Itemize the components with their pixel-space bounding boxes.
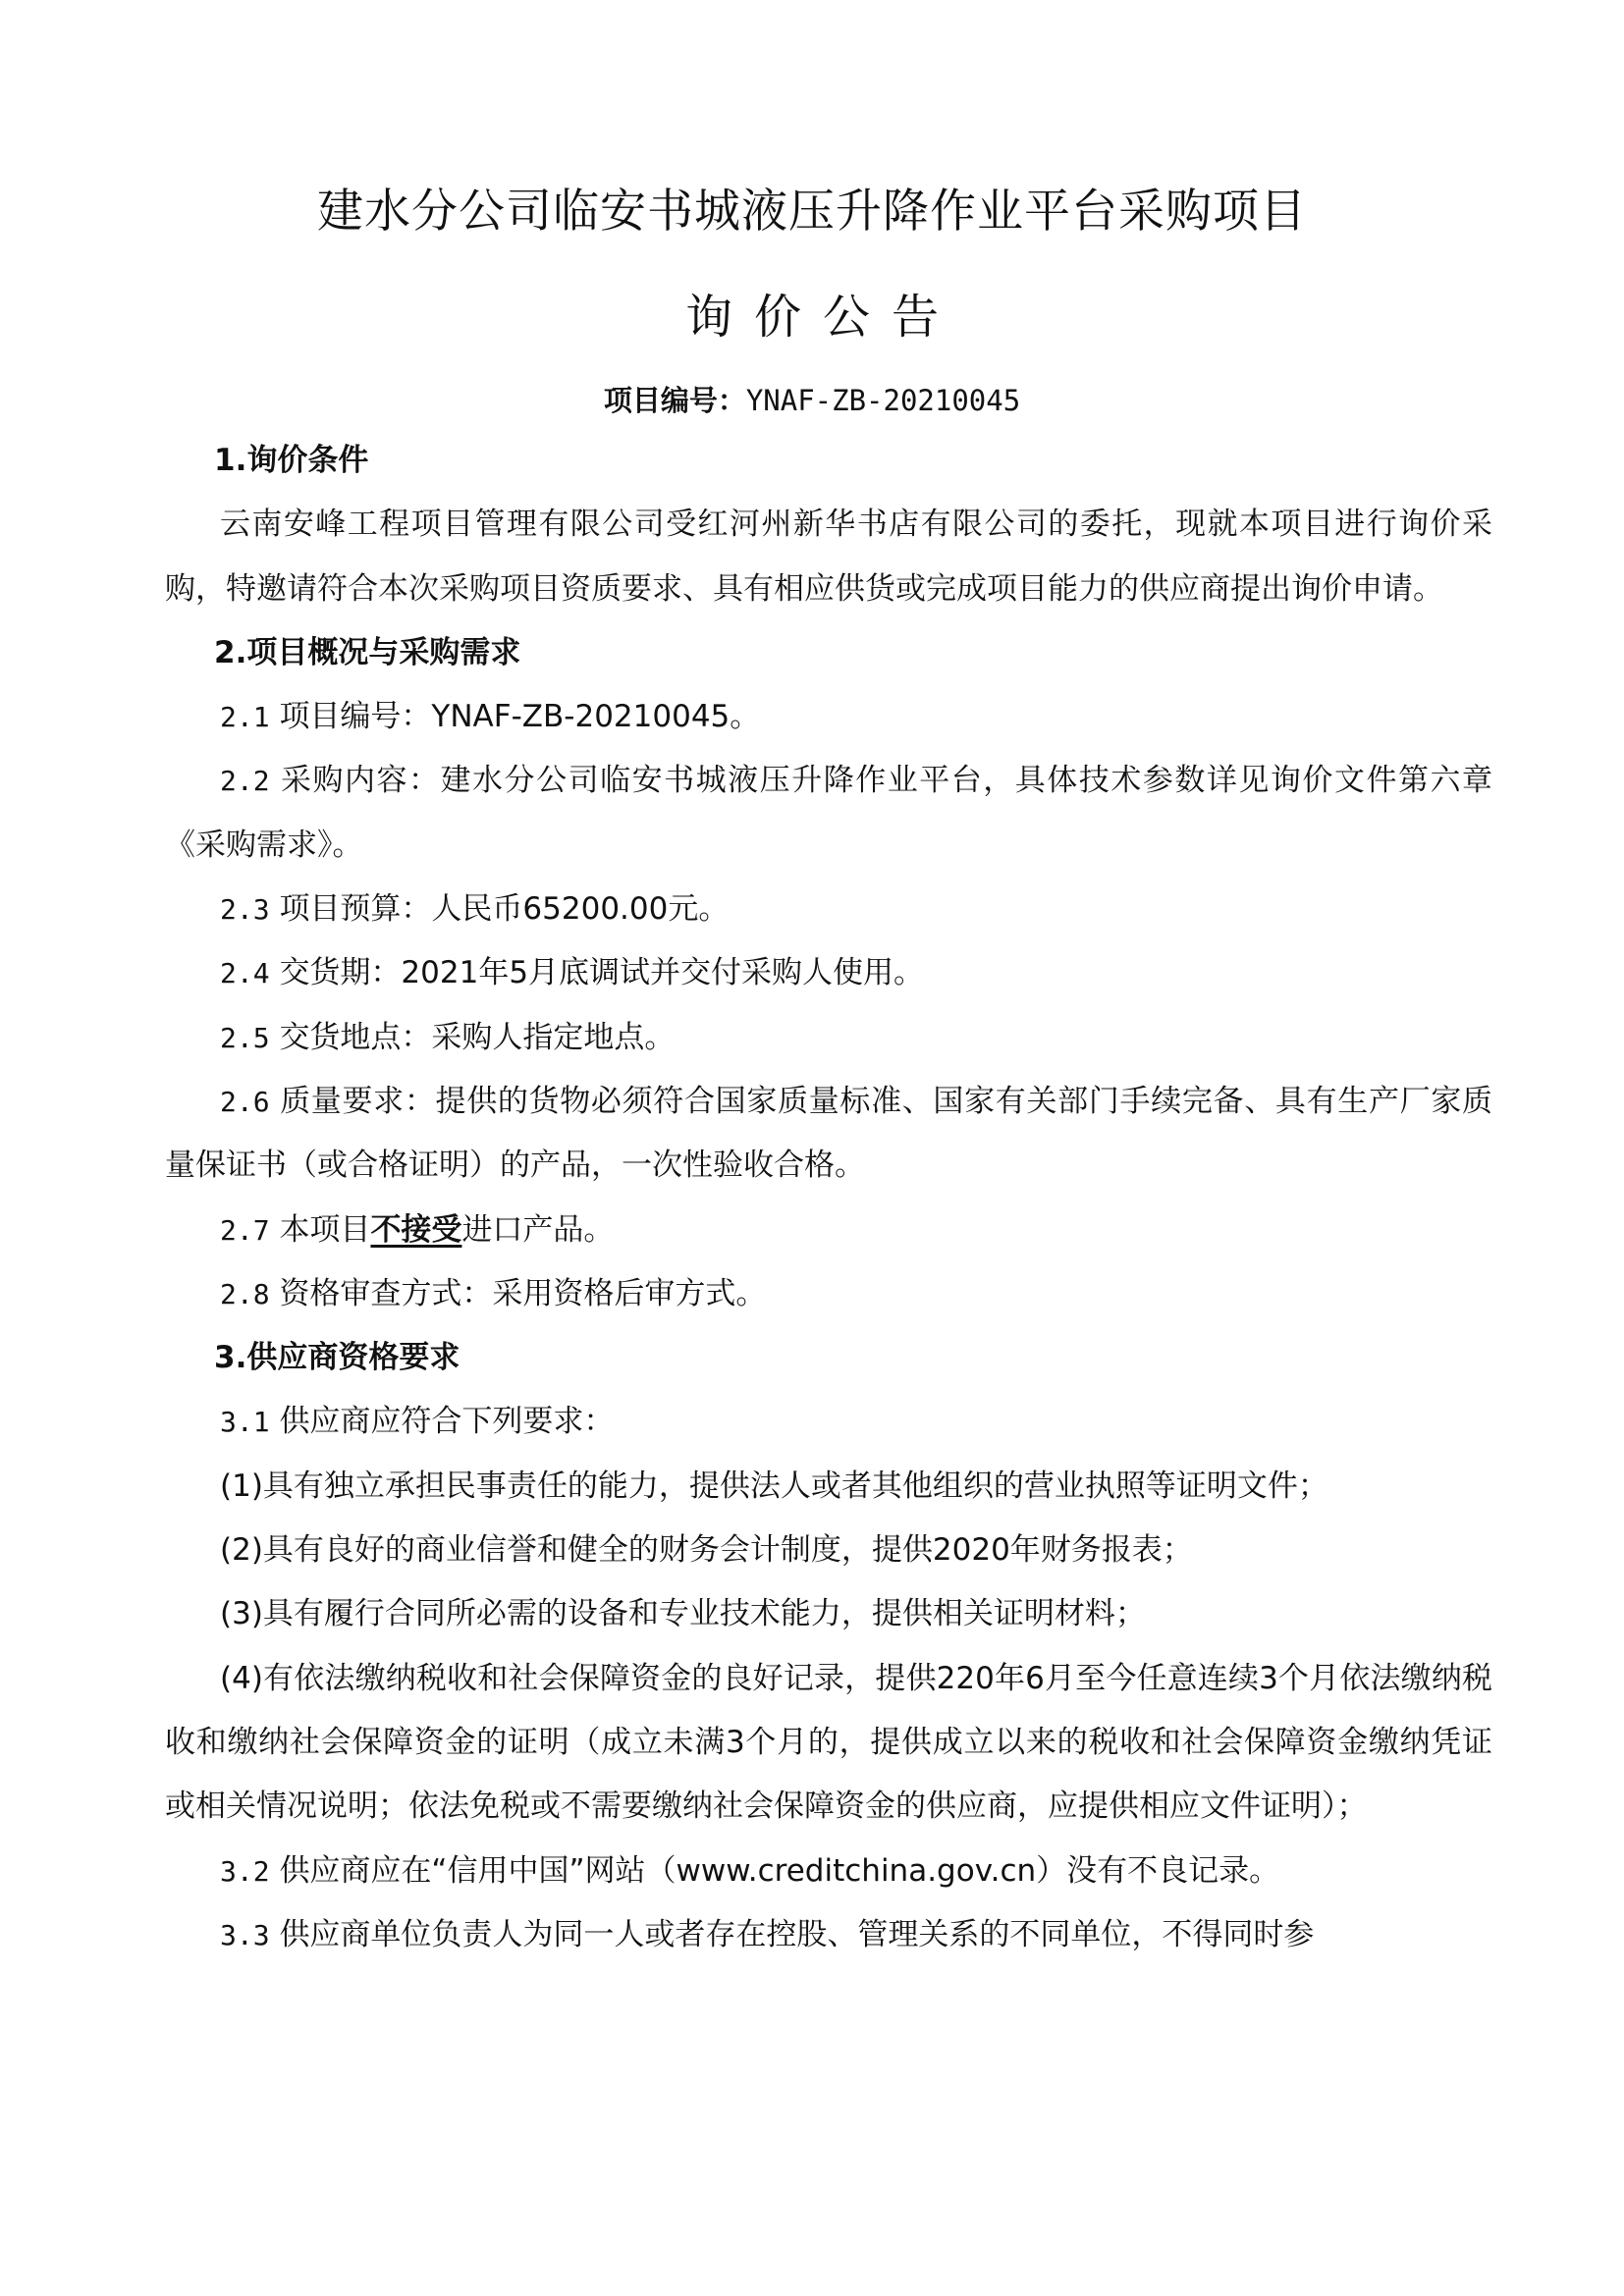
project-number-label: 项目编号： — [604, 384, 746, 417]
section-heading-2: 2.项目概况与采购需求 — [165, 621, 1492, 685]
list-item: (3)具有履行合同所必需的设备和专业技术能力，提供相关证明材料； — [165, 1582, 1492, 1646]
project-number-value: YNAF-ZB-20210045 — [746, 384, 1020, 417]
item-text: 供应商应在“信用中国”网站（www.creditchina.gov.cn）没有不… — [279, 1853, 1279, 1889]
item-number: (2) — [220, 1532, 263, 1568]
item-text: 有依法缴纳税收和社会保障资金的良好记录，提供220年6月至今任意连续3个月依法缴… — [165, 1661, 1492, 1825]
item-number: 2.1 — [220, 701, 270, 733]
item-text: 进口产品。 — [461, 1212, 614, 1248]
paragraph: 云南安峰工程项目管理有限公司受红河州新华书店有限公司的委托，现就本项目进行询价采… — [165, 493, 1492, 621]
item-number: 3.1 — [220, 1406, 270, 1438]
item-text: 交货地点：采购人指定地点。 — [279, 1020, 675, 1055]
item-text: 具有良好的商业信誉和健全的财务会计制度，提供2020年财务报表； — [263, 1532, 1193, 1568]
item-text: 项目预算：人民币65200.00元。 — [279, 891, 729, 927]
list-item: (2)具有良好的商业信誉和健全的财务会计制度，提供2020年财务报表； — [165, 1519, 1492, 1582]
list-item: 3.3 供应商单位负责人为同一人或者存在控股、管理关系的不同单位，不得同时参 — [165, 1903, 1492, 1967]
list-item: (1)具有独立承担民事责任的能力，提供法人或者其他组织的营业执照等证明文件； — [165, 1455, 1492, 1519]
item-number: 3.3 — [220, 1919, 270, 1951]
list-item: 2.6 质量要求：提供的货物必须符合国家质量标准、国家有关部门手续完备、具有生产… — [165, 1070, 1492, 1199]
list-item: 2.7 本项目不接受进口产品。 — [165, 1199, 1492, 1262]
item-text: 供应商应符合下列要求： — [279, 1404, 614, 1439]
document-page: 建水分公司临安书城液压升降作业平台采购项目 询价公告 项目编号：YNAF-ZB-… — [0, 0, 1624, 2296]
list-item: 2.1 项目编号：YNAF-ZB-20210045。 — [165, 685, 1492, 749]
item-text: 本项目 — [279, 1212, 370, 1248]
item-number: 2.4 — [220, 957, 270, 989]
item-number: 2.2 — [220, 765, 270, 797]
list-item: 3.1 供应商应符合下列要求： — [165, 1390, 1492, 1454]
item-number: (3) — [220, 1596, 263, 1631]
item-text: 具有履行合同所必需的设备和专业技术能力，提供相关证明材料； — [263, 1596, 1146, 1631]
item-text: 交货期：2021年5月底调试并交付采购人使用。 — [279, 955, 924, 990]
item-number: 2.8 — [220, 1278, 270, 1310]
item-number: (4) — [220, 1661, 263, 1696]
emphasis-underlined: 不接受 — [370, 1212, 461, 1248]
item-number: 2.6 — [220, 1086, 270, 1118]
list-item: 2.4 交货期：2021年5月底调试并交付采购人使用。 — [165, 941, 1492, 1005]
item-text: 资格审查方式：采用资格后审方式。 — [279, 1276, 766, 1311]
list-item: 3.2 供应商应在“信用中国”网站（www.creditchina.gov.cn… — [165, 1840, 1492, 1903]
list-item: 2.3 项目预算：人民币65200.00元。 — [165, 878, 1492, 941]
document-body: 1.询价条件 云南安峰工程项目管理有限公司受红河州新华书店有限公司的委托，现就本… — [165, 429, 1492, 1967]
project-number: 项目编号：YNAF-ZB-20210045 — [0, 379, 1624, 419]
section-heading-3: 3.供应商资格要求 — [165, 1326, 1492, 1390]
list-item: (4)有依法缴纳税收和社会保障资金的良好记录，提供220年6月至今任意连续3个月… — [165, 1647, 1492, 1840]
item-number: (1) — [220, 1468, 263, 1504]
item-number: 2.7 — [220, 1214, 270, 1247]
item-text: 供应商单位负责人为同一人或者存在控股、管理关系的不同单位，不得同时参 — [279, 1917, 1314, 1952]
document-subtitle: 询价公告 — [0, 279, 1624, 347]
list-item: 2.2 采购内容：建水分公司临安书城液压升降作业平台，具体技术参数详见询价文件第… — [165, 749, 1492, 878]
item-text: 项目编号：YNAF-ZB-20210045。 — [279, 699, 760, 734]
list-item: 2.8 资格审查方式：采用资格后审方式。 — [165, 1262, 1492, 1326]
list-item: 2.5 交货地点：采购人指定地点。 — [165, 1006, 1492, 1070]
item-text: 具有独立承担民事责任的能力，提供法人或者其他组织的营业执照等证明文件； — [263, 1468, 1328, 1504]
item-number: 3.2 — [220, 1855, 270, 1888]
item-text: 采购内容：建水分公司临安书城液压升降作业平台，具体技术参数详见询价文件第六章《采… — [165, 763, 1492, 862]
document-title: 建水分公司临安书城液压升降作业平台采购项目 — [0, 175, 1624, 240]
item-number: 2.5 — [220, 1022, 270, 1054]
section-heading-1: 1.询价条件 — [165, 429, 1492, 493]
item-text: 质量要求：提供的货物必须符合国家质量标准、国家有关部门手续完备、具有生产厂家质量… — [165, 1084, 1492, 1183]
item-number: 2.3 — [220, 893, 270, 926]
